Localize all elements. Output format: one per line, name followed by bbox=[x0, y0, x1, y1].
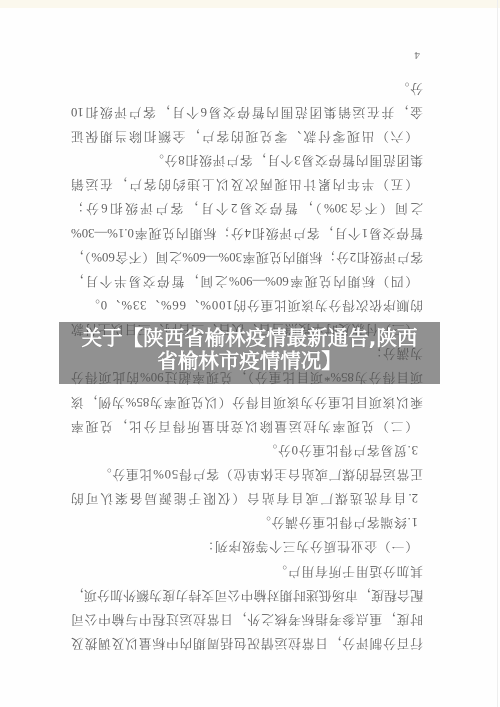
document-line: 其加分适用于所有用户。 bbox=[71, 558, 423, 582]
document-line: 金，并在运销集团范围内暂停交易6个月，客户评级扣10 bbox=[71, 100, 423, 124]
section-heading-4: （四）标期内兑现率60%—90%之间，暂停交易半个月， bbox=[71, 269, 423, 293]
section-heading-1: （一）企业性质分为三个等级序列： bbox=[71, 534, 423, 558]
title-overlay-banner: 关于【陕西省榆林疫情最新通告,陕西省榆林市疫情情况】 bbox=[59, 322, 440, 384]
document-line: 客户评级扣2分；标期内兑现率30%—60%之间（不含60%）， bbox=[71, 245, 423, 269]
document-line: 集团范围内暂停交易3个月，客户评级扣8分。 bbox=[71, 148, 423, 172]
document-line: 的顺序依次得分为该项比重分的100%、66%、33%、0。 bbox=[71, 293, 423, 317]
document-line: 乘以该项目比重分为该项目得分（以兑现率为85%为例，该 bbox=[71, 389, 423, 413]
document-line: 之间（不含30%），暂停交易2个月，客户评级扣6分； bbox=[71, 196, 423, 220]
section-heading-2: （二）兑现率为拉运量除以竞拍量所得百分比，兑现率 bbox=[71, 414, 423, 438]
section-heading-6: （六）出现零付款、零兑现的客户，全额扣除当期保证 bbox=[71, 124, 423, 148]
document-line: 正常运营的煤厂或站台主体单位）客户得50%比重分。 bbox=[71, 462, 423, 486]
document-line: 时度，重点参考指标考核之外，日常拉运过程中与榆中公司 bbox=[71, 607, 423, 631]
document-line: 行百分制评分，日常拉运情况包括周期内中标量以及调拨及 bbox=[71, 631, 423, 655]
section-heading-5: （五）半年内累计出现两次及以上违约的客户，在运销 bbox=[71, 172, 423, 196]
overlay-title: 关于【陕西省榆林疫情最新通告,陕西省榆林市疫情情况】 bbox=[75, 327, 424, 373]
list-item-2: 2.自有洗选煤厂或自有站台（仅限于能源局备案认可的 bbox=[71, 486, 423, 510]
document-line: 分。 bbox=[71, 76, 423, 100]
page-number: 4 bbox=[415, 48, 421, 62]
document-line: 暂停交易1个月，客户评级扣4分；标期内兑现率0.1%—30% bbox=[71, 220, 423, 244]
document-line: 配合程度，市场低迷时期对榆中公司支持力度为额外加分项， bbox=[71, 583, 423, 607]
list-item-1: 1.终端客户得比重分满分。 bbox=[71, 510, 423, 534]
list-item-3: 3.贸易客户得比重分0分。 bbox=[71, 438, 423, 462]
